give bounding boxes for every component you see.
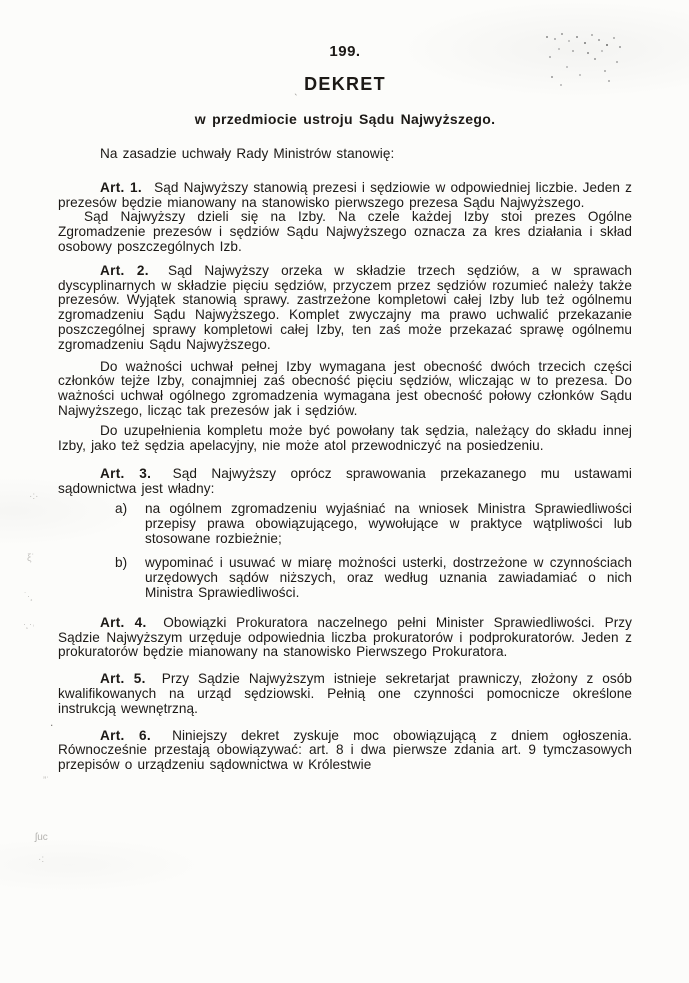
article-6: Art. 6. Niniejszy dekret zyskuje moc obo… bbox=[58, 729, 632, 773]
document-title: DEKRET bbox=[58, 75, 632, 93]
document-subtitle: w przedmiocie ustroju Sądu Najwyższego. bbox=[58, 112, 632, 126]
article-4-label: Art. 4. bbox=[100, 615, 147, 630]
scan-artifact: ·˛·˒ bbox=[23, 620, 35, 629]
article-1-text: Sąd Najwyższy stanowią prezesi i sędziow… bbox=[58, 180, 632, 210]
scan-artifact: ξ˙ bbox=[27, 554, 35, 564]
article-4: Art. 4. Obowiązki Prokuratora naczelnego… bbox=[58, 616, 632, 660]
scan-artifact: ʃuc bbox=[35, 833, 48, 843]
list-marker-a: a) bbox=[115, 502, 127, 517]
article-2-label: Art. 2. bbox=[100, 263, 149, 278]
scan-noise-speckles bbox=[546, 36, 548, 38]
list-item-b: b) wypominać i usuwać w miarę możności u… bbox=[58, 556, 632, 600]
article-3: Art. 3. Sąd Najwyższy oprócz sprawowania… bbox=[58, 467, 632, 497]
article-2: Art. 2. Sąd Najwyższy orzeka w składzie … bbox=[58, 264, 632, 353]
article-5: Art. 5. Przy Sądzie Najwyższym istnieje … bbox=[58, 672, 632, 716]
page-number: 199. bbox=[58, 44, 632, 59]
list-item-b-text: wypominać i usuwać w miarę możności uste… bbox=[145, 555, 632, 600]
scan-artifact: . bbox=[50, 716, 53, 728]
scan-artifact: ·:· bbox=[29, 492, 38, 502]
article-5-label: Art. 5. bbox=[100, 671, 146, 686]
article-6-label: Art. 6. bbox=[100, 728, 151, 743]
article-3-label: Art. 3. bbox=[100, 466, 151, 481]
list-item-a-text: na ogólnem zgromadzeniu wyjaśniać na wni… bbox=[145, 501, 632, 546]
scan-artifact: ·: bbox=[38, 855, 44, 865]
list-item-a: a) na ogólnem zgromadzeniu wyjaśniać na … bbox=[58, 502, 632, 546]
paragraph-quorum: Do ważności uchwał pełnej Izby wymagana … bbox=[58, 360, 632, 419]
scan-artifact: ˮ˙ bbox=[43, 777, 50, 787]
article-1-label: Art. 1. bbox=[100, 180, 142, 195]
article-1-continuation: Sąd Najwyższy dzieli się na Izby. Na cze… bbox=[58, 210, 632, 254]
list-marker-b: b) bbox=[115, 556, 127, 571]
scanned-document-page: ·:· ξ˙ ˙·¸ ·˛·˒ . ˮ˙ ʃuc ·: ˎ 199. DEKRE… bbox=[0, 0, 689, 983]
document-content: 199. DEKRET w przedmiocie ustroju Sądu N… bbox=[58, 44, 632, 773]
paragraph-supplement: Do uzupełnienia kompletu może być powoła… bbox=[58, 424, 632, 454]
preamble: Na zasadzie uchwały Rady Ministrów stano… bbox=[58, 147, 632, 162]
scan-artifact: ˙·¸ bbox=[24, 592, 33, 601]
article-1: Art. 1. Sąd Najwyższy stanowią prezesi i… bbox=[58, 181, 632, 211]
